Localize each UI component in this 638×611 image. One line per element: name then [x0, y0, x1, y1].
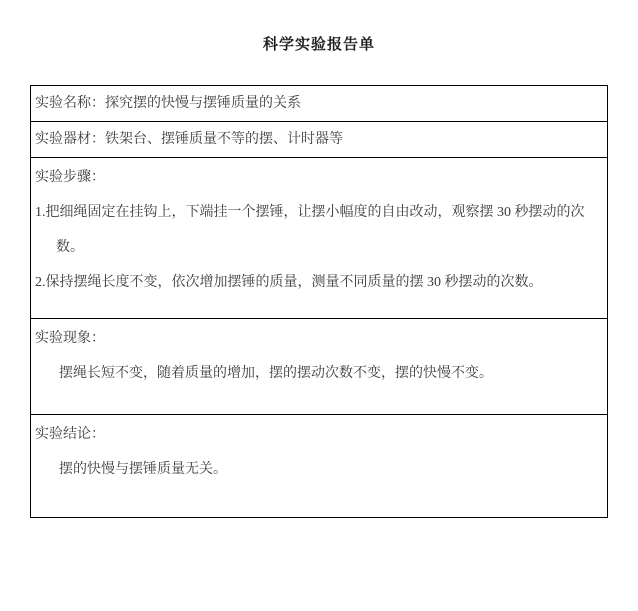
page-title: 科学实验报告单 — [0, 33, 638, 54]
observation-text: 摆绳长短不变，随着质量的增加，摆的摆动次数不变，摆的快慢不变。 — [35, 356, 603, 391]
experiment-equipment-text: 实验器材：铁架台、摆锤质量不等的摆、计时器等 — [35, 132, 343, 147]
document-page: 科学实验报告单 实验名称：探究摆的快慢与摆锤质量的关系 实验器材：铁架台、摆锤质… — [0, 0, 638, 611]
steps-label: 实验步骤： — [35, 160, 603, 195]
row-experiment-conclusion: 实验结论： 摆的快慢与摆锤质量无关。 — [31, 415, 607, 517]
experiment-name-text: 实验名称：探究摆的快慢与摆锤质量的关系 — [35, 96, 301, 111]
row-experiment-steps: 实验步骤： 1.把细绳固定在挂钩上，下端挂一个摆锤，让摆小幅度的自由改动，观察摆… — [31, 158, 607, 319]
row-experiment-observation: 实验现象： 摆绳长短不变，随着质量的增加，摆的摆动次数不变，摆的快慢不变。 — [31, 319, 607, 415]
experiment-report-table: 实验名称：探究摆的快慢与摆锤质量的关系 实验器材：铁架台、摆锤质量不等的摆、计时… — [30, 85, 608, 518]
conclusion-text: 摆的快慢与摆锤质量无关。 — [35, 452, 603, 487]
row-experiment-name: 实验名称：探究摆的快慢与摆锤质量的关系 — [31, 86, 607, 122]
conclusion-label: 实验结论： — [35, 417, 603, 452]
row-experiment-equipment: 实验器材：铁架台、摆锤质量不等的摆、计时器等 — [31, 122, 607, 158]
step-2-text: 2.保持摆绳长度不变，依次增加摆锤的质量，测量不同质量的摆 30 秒摆动的次数。 — [35, 265, 603, 300]
observation-label: 实验现象： — [35, 321, 603, 356]
step-1-text: 1.把细绳固定在挂钩上，下端挂一个摆锤，让摆小幅度的自由改动，观察摆 30 秒摆… — [35, 195, 603, 265]
